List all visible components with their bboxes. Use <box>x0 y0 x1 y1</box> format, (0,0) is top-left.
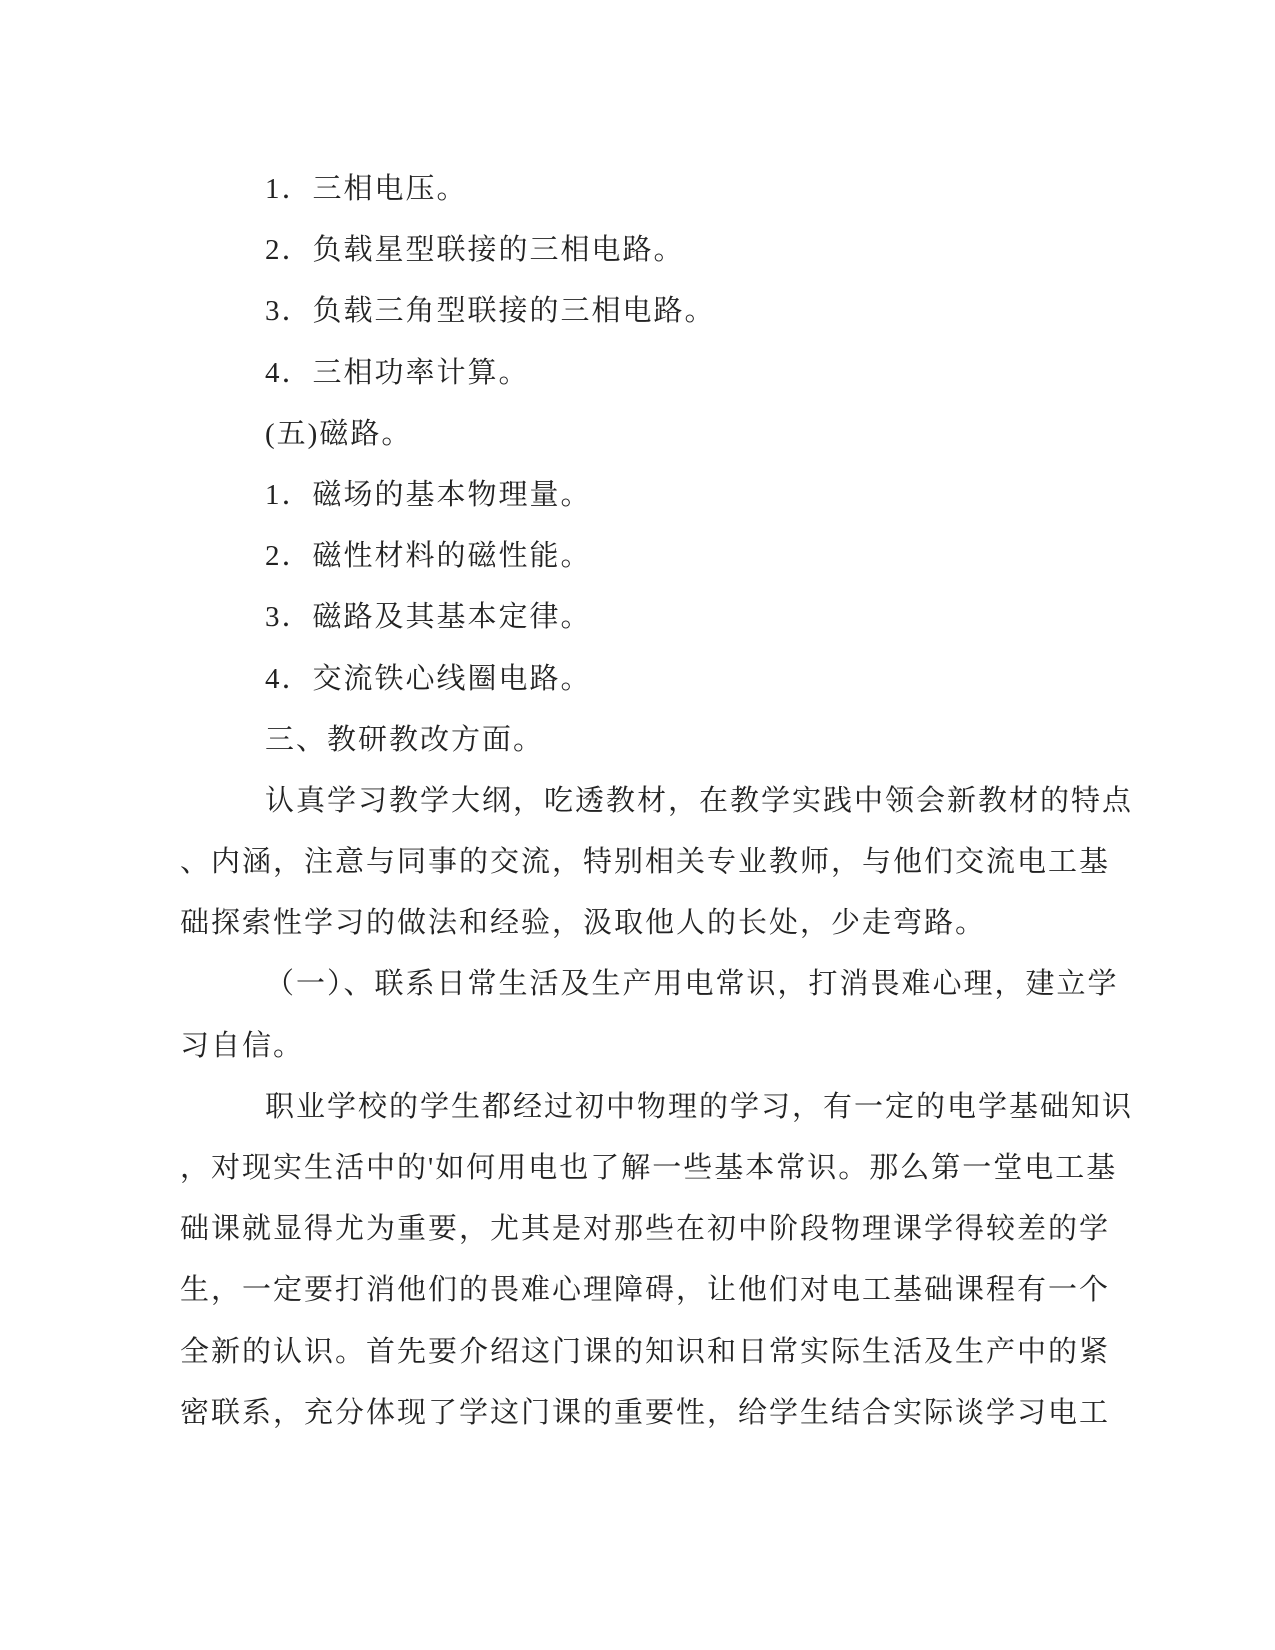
doc-line: 三、教研教改方面。 <box>180 710 1095 771</box>
doc-line: 、内涵，注意与同事的交流，特别相关专业教师，与他们交流电工基 <box>180 832 1095 893</box>
doc-line: 2．磁性材料的磁性能。 <box>180 526 1095 587</box>
doc-line: 认真学习教学大纲，吃透教材，在教学实践中领会新教材的特点 <box>180 771 1095 832</box>
doc-line: (五)磁路。 <box>180 404 1095 465</box>
doc-line: 职业学校的学生都经过初中物理的学习，有一定的电学基础知识 <box>180 1077 1095 1138</box>
doc-line: 习自信。 <box>180 1016 1095 1077</box>
doc-line: 1．三相电压。 <box>180 159 1095 220</box>
document-page: 1．三相电压。 2．负载星型联接的三相电路。 3．负载三角型联接的三相电路。 4… <box>0 0 1275 1650</box>
doc-line: 4．三相功率计算。 <box>180 343 1095 404</box>
doc-line: （一）、联系日常生活及生产用电常识，打消畏难心理，建立学 <box>180 954 1095 1015</box>
doc-line: 础探索性学习的做法和经验，汲取他人的长处，少走弯路。 <box>180 893 1095 954</box>
doc-line: 生，一定要打消他们的畏难心理障碍，让他们对电工基础课程有一个 <box>180 1260 1095 1321</box>
doc-line: 4．交流铁心线圈电路。 <box>180 649 1095 710</box>
doc-line: 1．磁场的基本物理量。 <box>180 465 1095 526</box>
doc-line: 础课就显得尤为重要，尤其是对那些在初中阶段物理课学得较差的学 <box>180 1199 1095 1260</box>
doc-line: 2．负载星型联接的三相电路。 <box>180 220 1095 281</box>
doc-line: 密联系，充分体现了学这门课的重要性，给学生结合实际谈学习电工 <box>180 1383 1095 1444</box>
doc-line: 全新的认识。首先要介绍这门课的知识和日常实际生活及生产中的紧 <box>180 1322 1095 1383</box>
doc-line: 3．负载三角型联接的三相电路。 <box>180 281 1095 342</box>
doc-line: 3．磁路及其基本定律。 <box>180 587 1095 648</box>
document-text-block: 1．三相电压。 2．负载星型联接的三相电路。 3．负载三角型联接的三相电路。 4… <box>180 159 1095 1444</box>
doc-line: ，对现实生活中的'如何用电也了解一些基本常识。那么第一堂电工基 <box>180 1138 1095 1199</box>
